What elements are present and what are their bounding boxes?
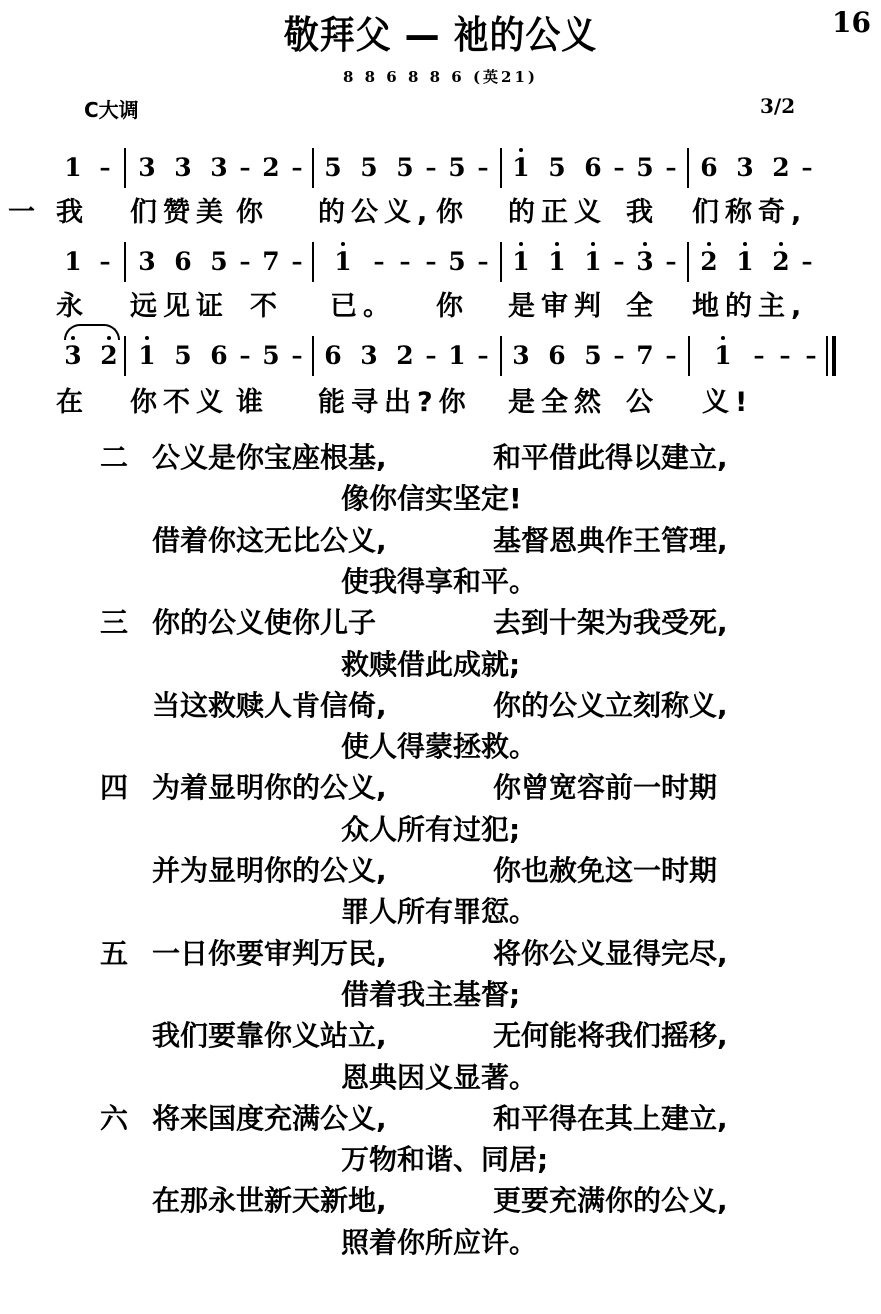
note: 5 [322, 154, 344, 182]
note: 7 [260, 248, 282, 276]
verse-line-short: 救赎借此成就; [341, 649, 520, 681]
duration-dash: – [286, 248, 308, 276]
lyric-syllable: 我 [56, 198, 89, 228]
note: 6 [546, 342, 568, 370]
verse-line-second-half: 和平得在其上建立, [493, 1103, 728, 1135]
octave-dot-icon [743, 242, 747, 246]
verse-line-first-half: 为着显明你的公义, [152, 772, 387, 804]
verse-line-second-half: 更要充满你的公义, [493, 1185, 728, 1217]
lyric-syllable: 能寻出?你 [318, 388, 472, 418]
duration-dash: – [234, 248, 256, 276]
barline [312, 336, 314, 376]
note: 1 [510, 248, 532, 276]
verse-line-second-half: 你也赦免这一时期 [493, 855, 717, 887]
barline [124, 242, 126, 282]
duration-dash: – [420, 248, 442, 276]
verse-line-first-half: 借着你这无比公义, [152, 525, 387, 557]
verse-line-first-half: 一日你要审判万民, [152, 938, 387, 970]
verse-line-short: 借着我主基督; [341, 979, 520, 1011]
note: 3 [510, 342, 532, 370]
note: 1 [446, 342, 468, 370]
lyric-syllable: 地的主, [692, 292, 807, 322]
verse-line-first-half: 当这救赎人肯信倚, [152, 690, 387, 722]
duration-dash: – [420, 154, 442, 182]
notation-line: 1–365–7–1–––5–111–3–212– [0, 240, 881, 286]
verse-line-first-half: 将来国度充满公义, [152, 1103, 387, 1135]
note: 5 [172, 342, 194, 370]
note: 1 [62, 248, 84, 276]
key-signature: C大调 [84, 94, 139, 123]
duration-dash: – [472, 154, 494, 182]
note: 2 [394, 342, 416, 370]
lyric-syllable: 的正义 [508, 198, 607, 228]
verse-line-short: 照着你所应许。 [341, 1227, 537, 1259]
note: 2 [770, 248, 792, 276]
note: 5 [208, 248, 230, 276]
verse-line-first-half: 并为显明你的公义, [152, 855, 387, 887]
note: 6 [322, 342, 344, 370]
note: 3 [358, 342, 380, 370]
note: 5 [446, 154, 468, 182]
lyric-syllable: 我 [626, 198, 659, 228]
note: 6 [582, 154, 604, 182]
note: 1 [62, 154, 84, 182]
barline [687, 242, 689, 282]
duration-dash: – [286, 154, 308, 182]
verse-line-short: 恩典因义显著。 [341, 1062, 537, 1094]
lyric-syllable: 是审判 [508, 292, 607, 322]
duration-dash: – [234, 342, 256, 370]
duration-dash: – [774, 342, 796, 370]
verse-line-second-half: 将你公义显得完尽, [493, 938, 728, 970]
note: 6 [172, 248, 194, 276]
verse-number: 五 [100, 938, 128, 970]
duration-dash: – [94, 154, 116, 182]
note: 3 [734, 154, 756, 182]
duration-dash: – [472, 342, 494, 370]
duration-dash: – [472, 248, 494, 276]
note: 5 [582, 342, 604, 370]
note: 3 [136, 248, 158, 276]
verse-number: 六 [100, 1103, 128, 1135]
barline [687, 148, 689, 188]
note: 6 [698, 154, 720, 182]
note: 5 [394, 154, 416, 182]
octave-dot-icon [779, 242, 783, 246]
octave-dot-icon [341, 242, 345, 246]
note: 5 [446, 248, 468, 276]
note: 3 [634, 248, 656, 276]
note: 1 [734, 248, 756, 276]
note: 5 [260, 342, 282, 370]
note: 3 [208, 154, 230, 182]
barline [312, 242, 314, 282]
lyric-syllable: 你 [436, 198, 469, 228]
meter-label: 8 8 6 8 8 6 (英21) [0, 66, 881, 87]
duration-dash: – [660, 248, 682, 276]
octave-dot-icon [721, 336, 725, 340]
note: 3 [136, 154, 158, 182]
lyric-syllable: 的公义, [318, 198, 433, 228]
verse-line-short: 使人得蒙拯救。 [341, 731, 537, 763]
verse-line-short: 像你信实坚定! [341, 483, 522, 515]
barline [124, 336, 126, 376]
duration-dash: – [608, 248, 630, 276]
duration-dash: – [608, 342, 630, 370]
barline [312, 148, 314, 188]
note: 3 [62, 342, 84, 370]
lyric-syllable: 是全然 [508, 388, 607, 418]
note: 1 [582, 248, 604, 276]
duration-dash: – [796, 248, 818, 276]
note: 2 [698, 248, 720, 276]
octave-dot-icon [591, 242, 595, 246]
slur-icon [64, 324, 120, 340]
page-number: 16 [832, 6, 871, 39]
duration-dash: – [660, 154, 682, 182]
verse-line-second-half: 去到十架为我受死, [493, 607, 728, 639]
note: 1 [510, 154, 532, 182]
final-barline-thin [826, 336, 828, 376]
duration-dash: – [796, 154, 818, 182]
barline [124, 148, 126, 188]
verse-line-short: 使我得享和平。 [341, 566, 537, 598]
barline [688, 336, 690, 376]
verse-line-first-half: 我们要靠你义站立, [152, 1020, 387, 1052]
duration-dash: – [94, 248, 116, 276]
barline [500, 336, 502, 376]
octave-dot-icon [643, 242, 647, 246]
lyric-syllable: 不 [250, 292, 283, 322]
verse-line-second-half: 你的公义立刻称义, [493, 690, 728, 722]
lyric-syllable: 义! [702, 388, 753, 418]
octave-dot-icon [555, 242, 559, 246]
duration-dash: – [234, 154, 256, 182]
note: 5 [634, 154, 656, 182]
verse-line-short: 罪人所有罪愆。 [341, 896, 537, 928]
lyric-syllable: 你不义 [130, 388, 229, 418]
duration-dash: – [608, 154, 630, 182]
note: 1 [332, 248, 354, 276]
lyric-syllable: 已。 [330, 292, 396, 322]
verse-line-second-half: 和平借此得以建立, [493, 442, 728, 474]
lyric-syllable: 们称奇, [692, 198, 807, 228]
note: 7 [634, 342, 656, 370]
note: 6 [208, 342, 230, 370]
lyric-syllable: 全 [626, 292, 659, 322]
note: 2 [260, 154, 282, 182]
note: 1 [712, 342, 734, 370]
verse-number: 三 [100, 607, 128, 639]
note: 5 [358, 154, 380, 182]
verse-number: 四 [100, 772, 128, 804]
barline [500, 242, 502, 282]
duration-dash: – [660, 342, 682, 370]
lyric-syllable: 谁 [236, 388, 269, 418]
verse-line-second-half: 无何能将我们摇移, [493, 1020, 728, 1052]
octave-dot-icon [519, 148, 523, 152]
lyric-syllable: 在 [56, 388, 89, 418]
duration-dash: – [748, 342, 770, 370]
verse-line-second-half: 基督恩典作王管理, [493, 525, 728, 557]
lyric-syllable: 远见证 [130, 292, 229, 322]
note: 3 [172, 154, 194, 182]
barline [500, 148, 502, 188]
page-title: 敬拜父 — 祂的公义 [35, 4, 846, 59]
lyric-syllable: 你 [236, 198, 269, 228]
verse-line-first-half: 在那永世新天新地, [152, 1185, 387, 1217]
lyric-syllable: 你 [436, 292, 469, 322]
verse-number: 一 [8, 198, 35, 228]
final-barline-thick [832, 336, 836, 376]
verse-line-first-half: 你的公义使你儿子 [152, 607, 376, 639]
octave-dot-icon [145, 336, 149, 340]
notation-line: 32156–5–632–1–365–7–1––– [0, 334, 881, 380]
duration-dash: – [368, 248, 390, 276]
octave-dot-icon [519, 242, 523, 246]
note: 2 [770, 154, 792, 182]
verse-line-short: 万物和谐、同居; [341, 1144, 548, 1176]
note: 1 [546, 248, 568, 276]
verse-line-first-half: 公义是你宝座根基, [152, 442, 387, 474]
notation-line: 1–333–2–555–5–156–5–632– [0, 146, 881, 192]
verse-line-second-half: 你曾宽容前一时期 [493, 772, 717, 804]
time-signature: 3/2 [760, 94, 795, 118]
duration-dash: – [800, 342, 822, 370]
lyric-syllable: 永 [56, 292, 89, 322]
duration-dash: – [420, 342, 442, 370]
duration-dash: – [394, 248, 416, 276]
octave-dot-icon [707, 242, 711, 246]
verse-line-short: 众人所有过犯; [341, 814, 520, 846]
note: 5 [546, 154, 568, 182]
duration-dash: – [286, 342, 308, 370]
lyric-syllable: 们赞美 [130, 198, 229, 228]
note: 1 [136, 342, 158, 370]
note: 2 [98, 342, 120, 370]
lyric-syllable: 公 [626, 388, 659, 418]
verse-number: 二 [100, 442, 128, 474]
